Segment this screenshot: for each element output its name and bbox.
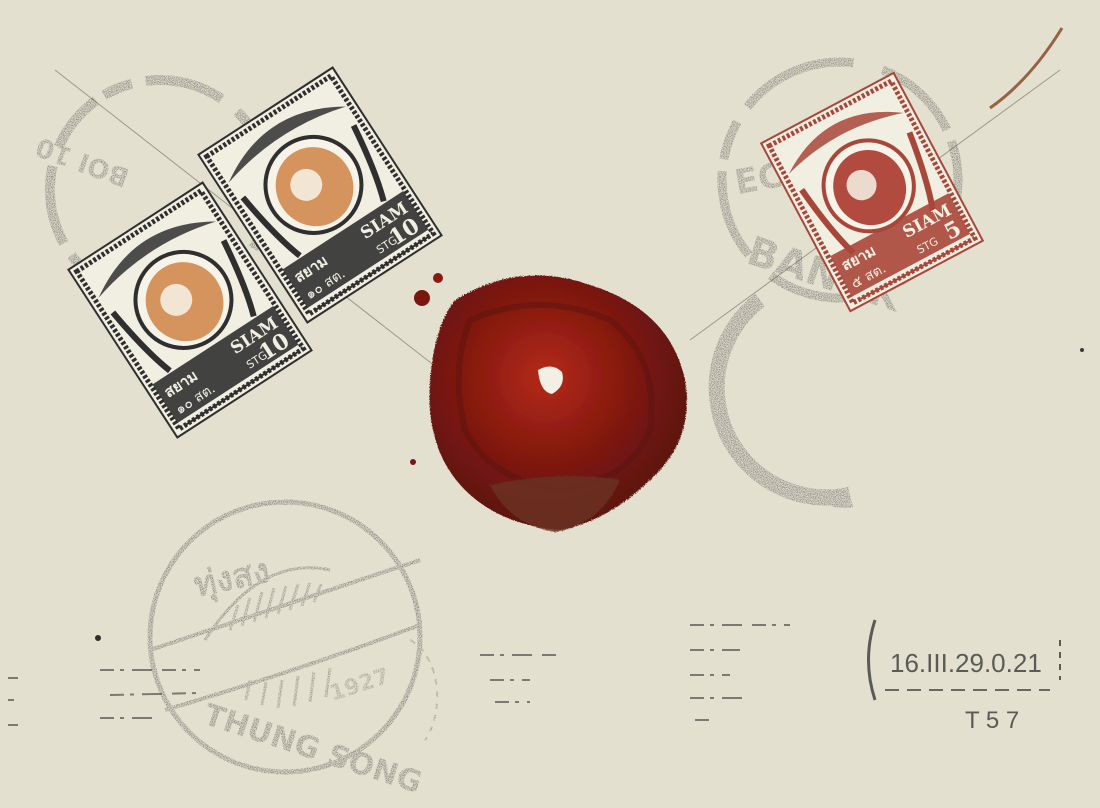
postmark-thung-song: ทุ่งสง THUNG SONG 1927 — [150, 502, 437, 801]
envelope-scene: BOI 10 ECI BANGK สยามSIAM๑๐ สต.STG10สยาม… — [0, 0, 1100, 808]
postmark-right-ring — [717, 300, 860, 506]
postmark-town: THUNG SONG — [199, 697, 426, 800]
postmark-code: T 5 7 — [965, 707, 1019, 734]
wax-seal — [410, 273, 687, 532]
pen-stroke-mark — [990, 28, 1062, 108]
postmark-date: 16.III.29.0.21 — [890, 648, 1042, 678]
postmark-bottom-right: 16.III.29.0.21 T 5 7 — [869, 620, 1061, 734]
postmark-year: 1927 — [327, 664, 393, 707]
